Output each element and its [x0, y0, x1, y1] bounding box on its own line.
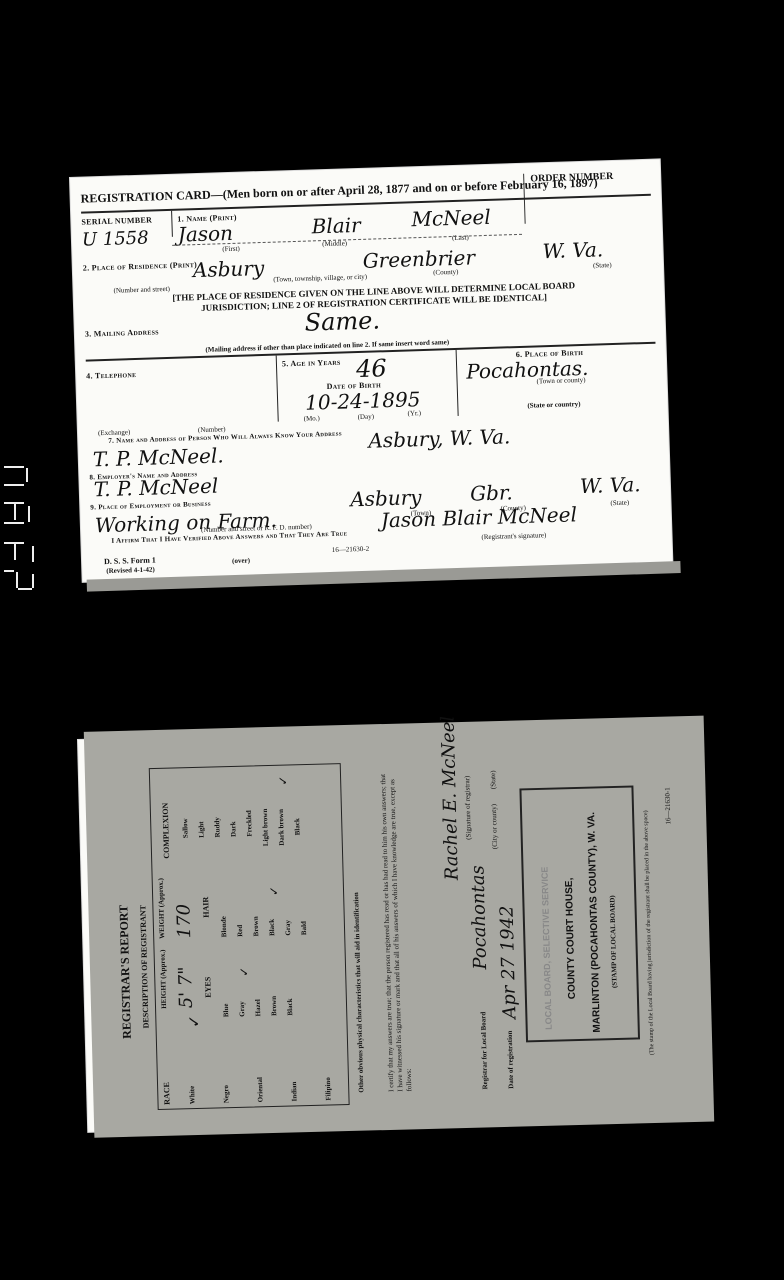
- divider: [276, 356, 279, 422]
- registration-card-back: REGISTRAR'S REPORT DESCRIPTION OF REGIST…: [78, 724, 700, 1132]
- complexion-black: Black: [293, 818, 301, 835]
- stamp-line-3: MARLINTON (POCAHONTAS COUNTY), W. VA.: [586, 812, 603, 1033]
- race-oriental: Oriental: [256, 1077, 265, 1102]
- complexion-check: ✓: [276, 775, 291, 785]
- race-negro: Negro: [222, 1085, 230, 1103]
- serial-number-label: SERIAL NUMBER: [81, 215, 152, 226]
- age-value: 46: [356, 354, 387, 383]
- registration-card-front: REGISTRATION CARD—(Men born on or after …: [70, 159, 672, 581]
- hair-bald: Bald: [300, 921, 308, 935]
- name-middle: Blair: [311, 213, 361, 239]
- weight-value: 170: [173, 904, 195, 939]
- complexion-light-brown: Light brown: [261, 809, 270, 847]
- print-code: 16—21630-2: [332, 545, 370, 554]
- serial-number: U 1558: [82, 228, 149, 251]
- local-board-city-sub: (City or county): [490, 804, 499, 849]
- eyes-header: EYES: [203, 977, 213, 998]
- employment-state-sub: (State): [610, 499, 629, 508]
- race-indian: Indian: [290, 1081, 299, 1101]
- contact-address: Asbury, W. Va.: [368, 424, 511, 452]
- name-first-sub: (First): [222, 245, 240, 254]
- form-id: D. S. S. Form 1: [104, 555, 156, 566]
- residence-county-sub: (County): [433, 268, 459, 277]
- race-white: White: [188, 1086, 196, 1104]
- complexion-ruddy: Ruddy: [213, 817, 222, 837]
- dob-yr-sub: (Yr.): [407, 409, 421, 417]
- over-label: (over): [232, 557, 250, 566]
- divider: [171, 211, 173, 237]
- local-board-value: Pocahontas: [467, 865, 491, 970]
- contact-name: T. P. McNeel.: [92, 443, 224, 471]
- complexion-dark: Dark: [229, 821, 237, 837]
- complexion-sallow: Sallow: [181, 818, 190, 838]
- form-revised: (Revised 4-1-42): [106, 566, 155, 576]
- eyes-hazel: Hazel: [254, 999, 262, 1016]
- residence-state: W. Va.: [542, 237, 603, 263]
- card-title: REGISTRATION CARD—(Men born on or after …: [80, 175, 597, 206]
- hair-header: HAIR: [201, 897, 211, 918]
- signature-sub: (Registrant's signature): [481, 531, 546, 541]
- weight-label: WEIGHT (Approx.): [157, 878, 167, 939]
- stamp-caption: (STAMP OF LOCAL BOARD): [608, 895, 618, 988]
- name-last: McNeel: [411, 205, 491, 231]
- date-label: Date of registration: [506, 1031, 516, 1089]
- telephone-label: 4. Telephone: [86, 370, 136, 381]
- complexion-freckled: Freckled: [245, 810, 254, 837]
- age-label: 5. Age in Years: [282, 358, 341, 369]
- residence-town: Asbury: [193, 256, 265, 282]
- eyes-gray: Gray: [238, 1001, 246, 1017]
- residence-town-sub: (Town, township, village, or city): [273, 273, 367, 284]
- description-table: RACE White Negro Oriental Indian Filipin…: [149, 763, 350, 1110]
- eyes-blue: Blue: [222, 1003, 230, 1017]
- registrar-signature: Rachel E. McNeel: [437, 716, 462, 881]
- dob-mo-sub: (Mo.): [304, 414, 320, 423]
- mailing-label: 3. Mailing Address: [85, 327, 159, 338]
- local-board-stamp: LOCAL BOARD, SELECTIVE SERVICE COUNTY CO…: [519, 785, 640, 1042]
- back-print-code: 16—21630-1: [663, 787, 672, 825]
- complexion-dark-brown: Dark brown: [277, 809, 286, 846]
- employment-state: W. Va.: [580, 472, 641, 498]
- registrar-signature-sub: (Signature of registrar): [463, 776, 473, 840]
- hair-check: ✓: [267, 886, 282, 896]
- height-label: HEIGHT (Approx.): [159, 949, 169, 1008]
- race-check: ✓: [184, 1014, 204, 1028]
- birthplace-sub: (Town or county): [536, 376, 585, 386]
- employer-value: T. P. McNeel: [93, 474, 218, 502]
- stamp-line-2: COUNTY COURT HOUSE,: [564, 878, 578, 1000]
- eyes-check: ✓: [237, 966, 252, 976]
- employment-county: Gbr.: [470, 480, 513, 505]
- race-filipino: Filipino: [324, 1077, 333, 1101]
- divider: [456, 350, 459, 416]
- height-value: 5' 7": [175, 966, 197, 1008]
- card-stack-edge: [87, 561, 681, 592]
- film-frame-marks: [2, 462, 34, 592]
- mailing-address: Same.: [304, 306, 380, 336]
- stamp-line-1: LOCAL BOARD, SELECTIVE SERVICE: [539, 866, 553, 1029]
- hair-black: Black: [268, 919, 276, 936]
- hair-brown: Brown: [252, 916, 261, 936]
- eyes-black: Black: [286, 998, 294, 1015]
- order-number-label: ORDER NUMBER: [530, 171, 613, 185]
- residence-state-sub: (State): [593, 261, 612, 270]
- dob-value: 10-24-1895: [305, 387, 421, 415]
- registrant-signature: Jason Blair McNeel: [381, 502, 578, 532]
- hair-blonde: Blonde: [220, 916, 229, 937]
- residence-county: Greenbrier: [362, 245, 475, 273]
- complexion-header: COMPLEXION: [161, 803, 171, 859]
- residence-label: 2. Place of Residence (Print): [83, 260, 197, 273]
- dob-day-sub: (Day): [358, 413, 375, 422]
- registration-date: Apr 27 1942: [496, 905, 520, 1019]
- eyes-brown: Brown: [270, 996, 279, 1016]
- birth-state-sub: (State or country): [527, 400, 580, 410]
- hair-gray: Gray: [284, 920, 292, 936]
- complexion-light: Light: [197, 821, 205, 838]
- hair-red: Red: [236, 925, 244, 937]
- race-header: RACE: [162, 1082, 172, 1105]
- local-board-state-sub: (State): [489, 770, 497, 789]
